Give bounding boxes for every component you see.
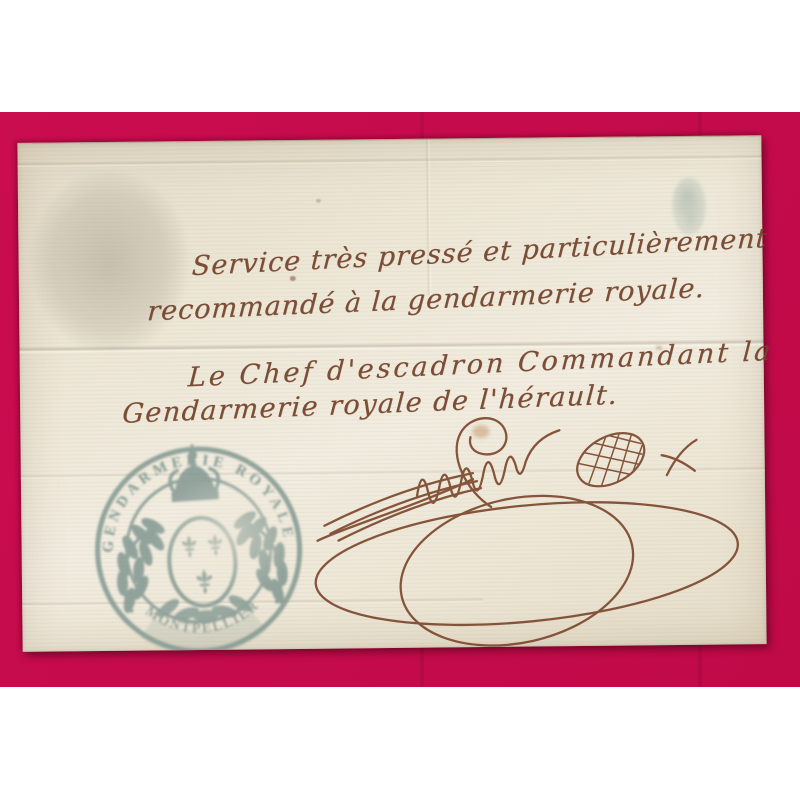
stamp-group: GENDARMERIE ROYALE MONTPELLIER [91, 438, 306, 652]
signature-tick [662, 440, 697, 475]
paper-vertical-crease [425, 140, 432, 295]
stamp-inner-ring [122, 474, 275, 627]
handwriting-line-2: recommandé à la gendarmerie royale. [146, 273, 706, 327]
laurel-branch-right [230, 506, 290, 608]
paper-crease [22, 597, 483, 608]
signature-lead-in [324, 473, 474, 526]
letter-paper: Service très pressé et particulièrement … [17, 135, 766, 652]
garland-icon [154, 591, 255, 625]
stamp-bottom-smudge [147, 620, 260, 646]
signature-monogram [416, 430, 560, 503]
paper-crease [18, 154, 762, 168]
stamp-light-patch [131, 481, 292, 613]
foxing-spot [472, 425, 489, 438]
shield-icon [167, 516, 238, 608]
laurel-branch-left [113, 513, 173, 615]
crown-icon [168, 443, 220, 502]
bottom-white-band [0, 687, 800, 800]
signature-paraph-crosshatch [568, 422, 653, 497]
top-white-band [0, 0, 800, 112]
stamp-outer-ring [91, 443, 305, 652]
signature-connector [317, 479, 474, 541]
signature-loop-large [310, 485, 743, 642]
signature-loop-inner [386, 475, 648, 652]
fleur-de-lis-icons [182, 533, 226, 595]
paper-crease [21, 466, 765, 480]
signature-initial [456, 418, 507, 507]
signature-lead-in [330, 481, 478, 534]
photo-of-folded-letter: Service très pressé et particulièrement … [0, 0, 800, 800]
foxing-spot [316, 199, 321, 203]
signature-strokes [309, 415, 744, 651]
stamp-top-text: GENDARMERIE ROYALE [94, 447, 296, 555]
stamp-bottom-text: MONTPELLIER [142, 597, 265, 640]
signature-lead-in [338, 488, 482, 540]
